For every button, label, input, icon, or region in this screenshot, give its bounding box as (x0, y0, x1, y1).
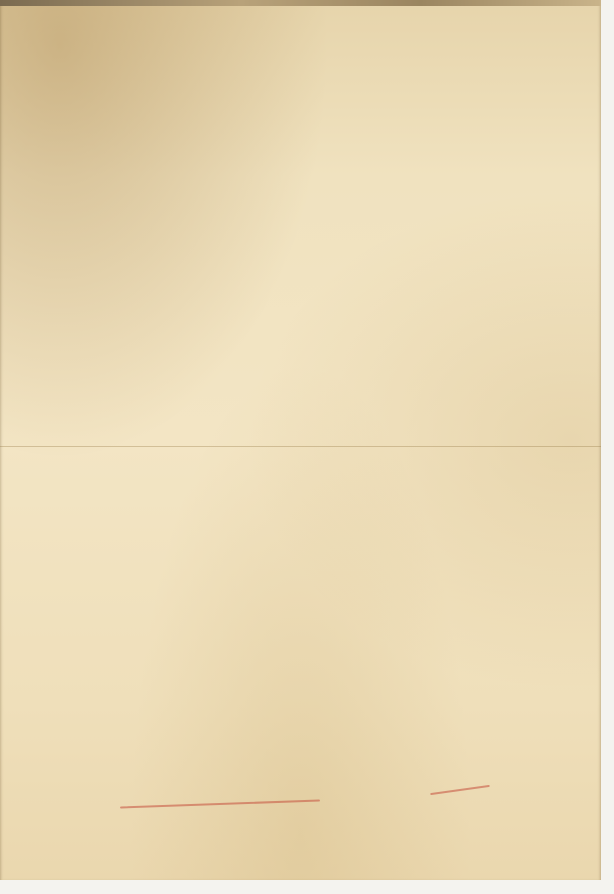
paper-fold-line (0, 446, 601, 447)
red-pencil-mark (120, 800, 320, 809)
manuscript-page (0, 0, 601, 880)
red-pencil-mark (430, 785, 490, 795)
